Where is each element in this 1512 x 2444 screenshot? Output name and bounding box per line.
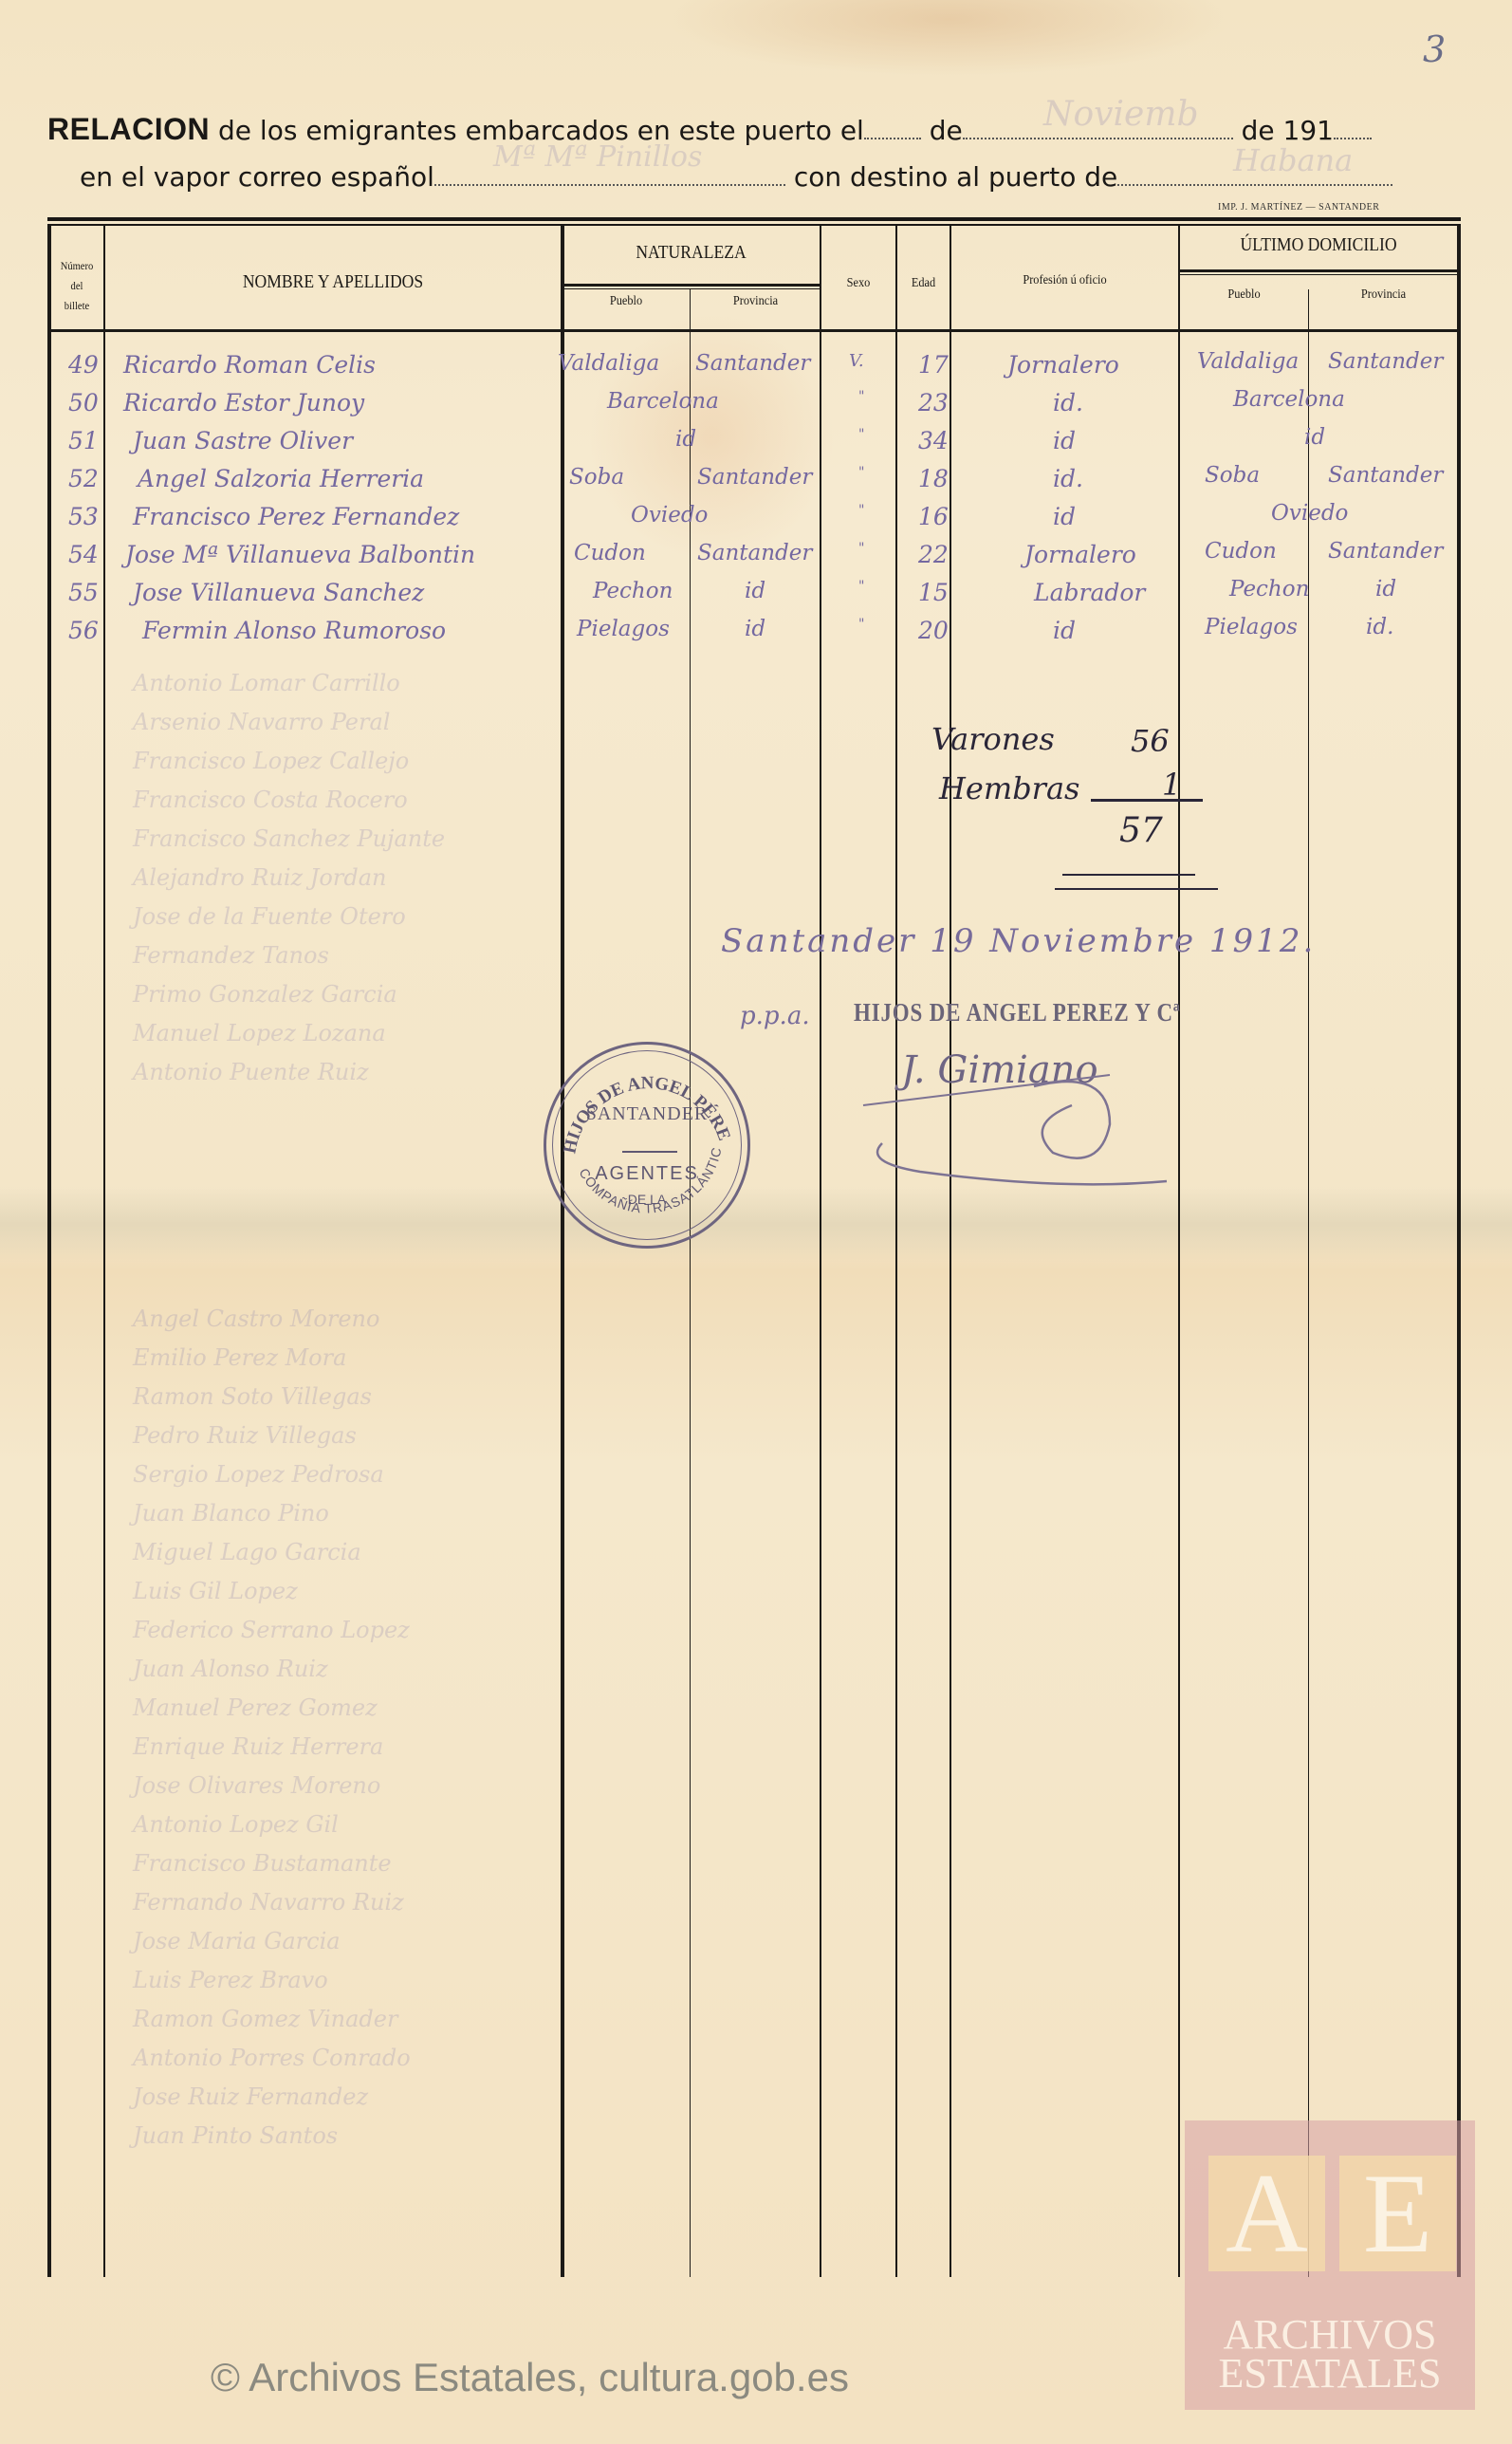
cell-edad: 22	[918, 541, 949, 568]
destination-field[interactable]	[1117, 183, 1392, 186]
seal-arc-text: HIJOS DE ANGEL PÉREZ Y Cª COMPAÑÍA TRASA…	[546, 1045, 747, 1246]
cell-nat-provincia: Santander	[697, 541, 812, 565]
cell-dom-pueblo: Pielagos	[1205, 615, 1298, 639]
month-field[interactable]	[963, 137, 1233, 139]
hembras-value: 1	[1162, 767, 1181, 803]
naturaleza-sub-rule-2	[562, 288, 820, 289]
cell-ticket: 54	[68, 541, 99, 568]
cell-name: Jose Villanueva Sanchez	[133, 579, 424, 606]
cell-nat-pueblo: Valdaliga	[558, 351, 659, 376]
cell-edad: 16	[918, 503, 949, 530]
cell-nat-provincia: Santander	[695, 351, 810, 376]
form-title-line-2: en el vapor correo español con destino a…	[80, 161, 1392, 193]
header-profesion: Profesión ú oficio	[965, 273, 1164, 288]
totals-rule	[1091, 799, 1203, 802]
cell-dom-pueblo: Oviedo	[1271, 501, 1348, 526]
header-naturaleza: NATURALEZA	[578, 242, 803, 264]
domicilio-sub-rule-2	[1180, 274, 1457, 275]
col-divider-sexo	[895, 226, 897, 2277]
form-title-de: de	[930, 115, 963, 146]
table-right-border	[1457, 226, 1461, 2277]
cell-profesion: id	[1053, 503, 1076, 530]
cell-ticket: 52	[68, 465, 99, 492]
seal-de-la: DE LA	[546, 1192, 747, 1207]
cell-edad: 20	[918, 617, 949, 644]
cell-nat-pueblo: Barcelona	[607, 389, 719, 414]
cell-nat-pueblo: Pielagos	[577, 617, 670, 641]
logo-text-line-2: ESTATALES	[1185, 2354, 1475, 2394]
header-dom-pueblo: Pueblo	[1188, 287, 1300, 303]
seal-city: SANTANDER	[546, 1103, 747, 1125]
cell-profesion: id	[1053, 617, 1076, 644]
cell-sexo: V.	[849, 351, 864, 371]
cell-dom-pueblo: Pechon	[1229, 577, 1309, 602]
varones-label: Varones	[931, 721, 1055, 757]
year-field[interactable]	[1334, 137, 1372, 139]
company-name-stamp: HIJOS DE ANGEL PEREZ Y Cª	[854, 998, 1181, 1028]
cell-sexo: "	[858, 503, 864, 518]
cell-nat-provincia: id	[745, 579, 765, 603]
col-divider-nat-provincia	[820, 226, 821, 2277]
cell-dom-pueblo: Valdaliga	[1197, 349, 1299, 374]
cell-dom-pueblo: Barcelona	[1233, 387, 1345, 412]
cell-dom-provincia: id.	[1366, 615, 1393, 639]
cell-dom-provincia: Santander	[1328, 539, 1443, 564]
header-bottom-rule	[51, 329, 1457, 332]
cell-dom-provincia: Santander	[1328, 349, 1443, 374]
cell-nat-pueblo: Oviedo	[631, 503, 708, 528]
vessel-field[interactable]	[434, 183, 785, 186]
cell-sexo: "	[858, 617, 864, 632]
cell-dom-provincia: id	[1375, 577, 1396, 602]
faint-vessel-handwriting: Mª Mª Pinillos	[493, 140, 702, 174]
cell-name: Angel Salzoria Herreria	[138, 465, 424, 492]
col-divider-name	[561, 226, 564, 2277]
cell-nat-provincia: Santander	[697, 465, 812, 490]
faint-destination-handwriting: Habana	[1233, 142, 1353, 178]
col-divider-nat-pueblo	[690, 289, 691, 2277]
cell-name: Fermin Alonso Rumoroso	[142, 617, 446, 644]
header-dom-provincia: Provincia	[1318, 287, 1447, 303]
cell-nat-pueblo: Soba	[569, 465, 624, 490]
header-nat-provincia: Provincia	[699, 294, 812, 309]
cell-profesion: Labrador	[1034, 579, 1145, 606]
varones-value: 56	[1131, 723, 1170, 759]
totals-double-rule-2	[1055, 888, 1218, 890]
cell-ticket: 55	[68, 579, 99, 606]
cell-dom-provincia: Santander	[1328, 463, 1443, 488]
vessel-label: en el vapor correo español	[80, 161, 434, 193]
domicilio-sub-rule	[1180, 269, 1457, 272]
cell-profesion: id.	[1053, 389, 1083, 417]
cell-edad: 23	[918, 389, 949, 417]
ppa-label: p.p.a.	[740, 1002, 810, 1030]
cell-edad: 34	[918, 427, 949, 454]
cell-sexo: "	[858, 541, 864, 556]
paper-stain	[0, 1186, 1512, 1262]
cell-profesion: Jornalero	[1007, 351, 1119, 379]
cell-profesion: id	[1053, 427, 1076, 454]
cell-name: Francisco Perez Fernandez	[133, 503, 459, 530]
page-number: 3	[1423, 28, 1446, 70]
cell-name: Jose Mª Villanueva Balbontin	[125, 541, 475, 568]
bleed-through-text: Angel Castro MorenoEmilio Perez MoraRamo…	[133, 1300, 411, 2156]
printer-credit: IMP. J. MARTÍNEZ — SANTANDER	[1218, 202, 1379, 213]
cell-nat-pueblo: id	[675, 427, 696, 452]
cell-edad: 18	[918, 465, 949, 492]
archivos-estatales-logo: A E ARCHIVOS ESTATALES	[1185, 2120, 1475, 2410]
header-name: NOMBRE Y APELLIDOS	[133, 271, 533, 293]
cell-name: Ricardo Roman Celis	[123, 351, 376, 379]
signature-flourish	[825, 1067, 1205, 1210]
col-divider-profesion	[1178, 226, 1180, 2277]
cell-edad: 15	[918, 579, 949, 606]
seal-agents: AGENTES	[546, 1163, 747, 1185]
table-top-border-inner	[47, 224, 1461, 226]
copyright-watermark: © Archivos Estatales, cultura.gob.es	[211, 2355, 849, 2400]
cell-sexo: "	[858, 465, 864, 480]
cell-ticket: 56	[68, 617, 99, 644]
cell-ticket: 49	[68, 351, 99, 379]
col-divider-edad	[950, 226, 951, 2277]
table-top-border	[47, 217, 1461, 221]
form-title-bold: RELACION	[47, 112, 210, 146]
cell-edad: 17	[918, 351, 949, 379]
table-left-border	[47, 226, 51, 2277]
faint-month-handwriting: Noviemb	[1043, 95, 1199, 134]
cell-ticket: 50	[68, 389, 99, 417]
header-ultimo-domicilio: ÚLTIMO DOMICILIO	[1197, 234, 1441, 256]
paper-stain	[588, 313, 835, 560]
svg-text:HIJOS DE ANGEL PÉREZ Y Cª: HIJOS DE ANGEL PÉREZ Y Cª	[546, 1045, 734, 1156]
logo-letter-e: E	[1339, 2156, 1456, 2271]
col-divider-ticket	[103, 226, 105, 2277]
place-date: Santander 19 Noviembre 1912.	[721, 922, 1316, 960]
header-edad: Edad	[900, 276, 946, 291]
company-seal: HIJOS DE ANGEL PÉREZ Y Cª COMPAÑÍA TRASA…	[544, 1042, 750, 1249]
cell-profesion: id.	[1053, 465, 1083, 492]
cell-name: Ricardo Estor Junoy	[123, 389, 364, 417]
cell-name: Juan Sastre Oliver	[133, 427, 353, 454]
cell-dom-pueblo: id	[1304, 425, 1325, 450]
seal-rule	[622, 1151, 677, 1153]
paper-stain	[664, 0, 1233, 76]
cell-sexo: "	[858, 579, 864, 594]
cell-ticket: 51	[68, 427, 99, 454]
cell-nat-provincia: id	[745, 617, 765, 641]
cell-nat-pueblo: Cudon	[574, 541, 646, 565]
naturaleza-sub-rule	[562, 284, 820, 287]
bleed-through-text: Antonio Lomar CarrilloArsenio Navarro Pe…	[133, 664, 445, 1092]
header-nat-pueblo: Pueblo	[570, 294, 682, 309]
cell-sexo: "	[858, 389, 864, 404]
totals-double-rule-1	[1062, 874, 1195, 876]
day-field[interactable]	[864, 137, 921, 139]
destination-label: con destino al puerto de	[794, 161, 1117, 193]
header-ticket: Número del billete	[52, 256, 101, 316]
logo-text-line-1: ARCHIVOS	[1185, 2315, 1475, 2355]
cell-dom-pueblo: Soba	[1205, 463, 1260, 488]
cell-sexo: "	[858, 427, 864, 442]
total-value: 57	[1119, 811, 1163, 850]
cell-nat-pueblo: Pechon	[593, 579, 673, 603]
header-sexo: Sexo	[826, 276, 892, 291]
cell-dom-pueblo: Cudon	[1205, 539, 1277, 564]
cell-ticket: 53	[68, 503, 99, 530]
hembras-label: Hembras	[939, 770, 1079, 806]
logo-letter-a: A	[1208, 2156, 1325, 2271]
cell-profesion: Jornalero	[1024, 541, 1136, 568]
